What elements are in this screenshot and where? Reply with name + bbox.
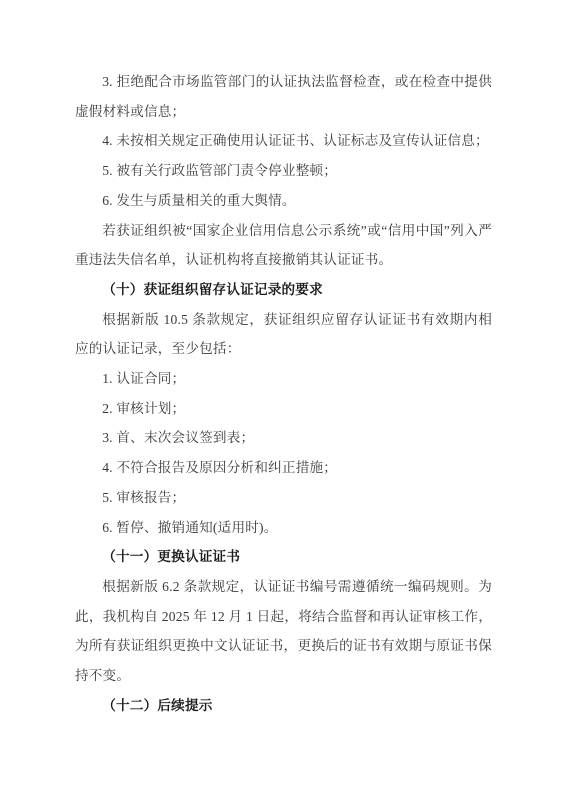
body-paragraph: 1. 认证合同； bbox=[75, 364, 492, 394]
body-paragraph: 2. 审核计划； bbox=[75, 394, 492, 424]
body-paragraph: 3. 拒绝配合市场监管部门的认证执法监督检查，或在检查中提供虚假材料或信息； bbox=[75, 67, 492, 126]
body-paragraph: 3. 首、末次会议签到表； bbox=[75, 423, 492, 453]
body-paragraph: 5. 审核报告； bbox=[75, 483, 492, 513]
section-heading: （十二）后续提示 bbox=[75, 691, 492, 721]
section-heading: （十）获证组织留存认证记录的要求 bbox=[75, 275, 492, 305]
body-paragraph: 5. 被有关行政监管部门责令停业整顿； bbox=[75, 156, 492, 186]
body-paragraph: 若获证组织被“国家企业信用信息公示系统”或“信用中国”列入严重违法失信名单，认证… bbox=[75, 216, 492, 275]
body-paragraph: 6. 发生与质量相关的重大舆情。 bbox=[75, 186, 492, 216]
body-paragraph: 根据新版 10.5 条款规定，获证组织应留存认证证书有效期内相应的认证记录，至少… bbox=[75, 305, 492, 364]
body-paragraph: 4. 不符合报告及原因分析和纠正措施； bbox=[75, 453, 492, 483]
section-heading: （十一）更换认证证书 bbox=[75, 542, 492, 572]
document-body: 3. 拒绝配合市场监管部门的认证执法监督检查，或在检查中提供虚假材料或信息；4.… bbox=[0, 0, 566, 800]
body-paragraph: 根据新版 6.2 条款规定，认证证书编号需遵循统一编码规则。为此，我机构自 20… bbox=[75, 572, 492, 691]
body-paragraph: 4. 未按相关规定正确使用认证证书、认证标志及宣传认证信息； bbox=[75, 126, 492, 156]
body-paragraph: 6. 暂停、撤销通知(适用时)。 bbox=[75, 513, 492, 543]
document-page: 3. 拒绝配合市场监管部门的认证执法监督检查，或在检查中提供虚假材料或信息；4.… bbox=[0, 0, 566, 800]
